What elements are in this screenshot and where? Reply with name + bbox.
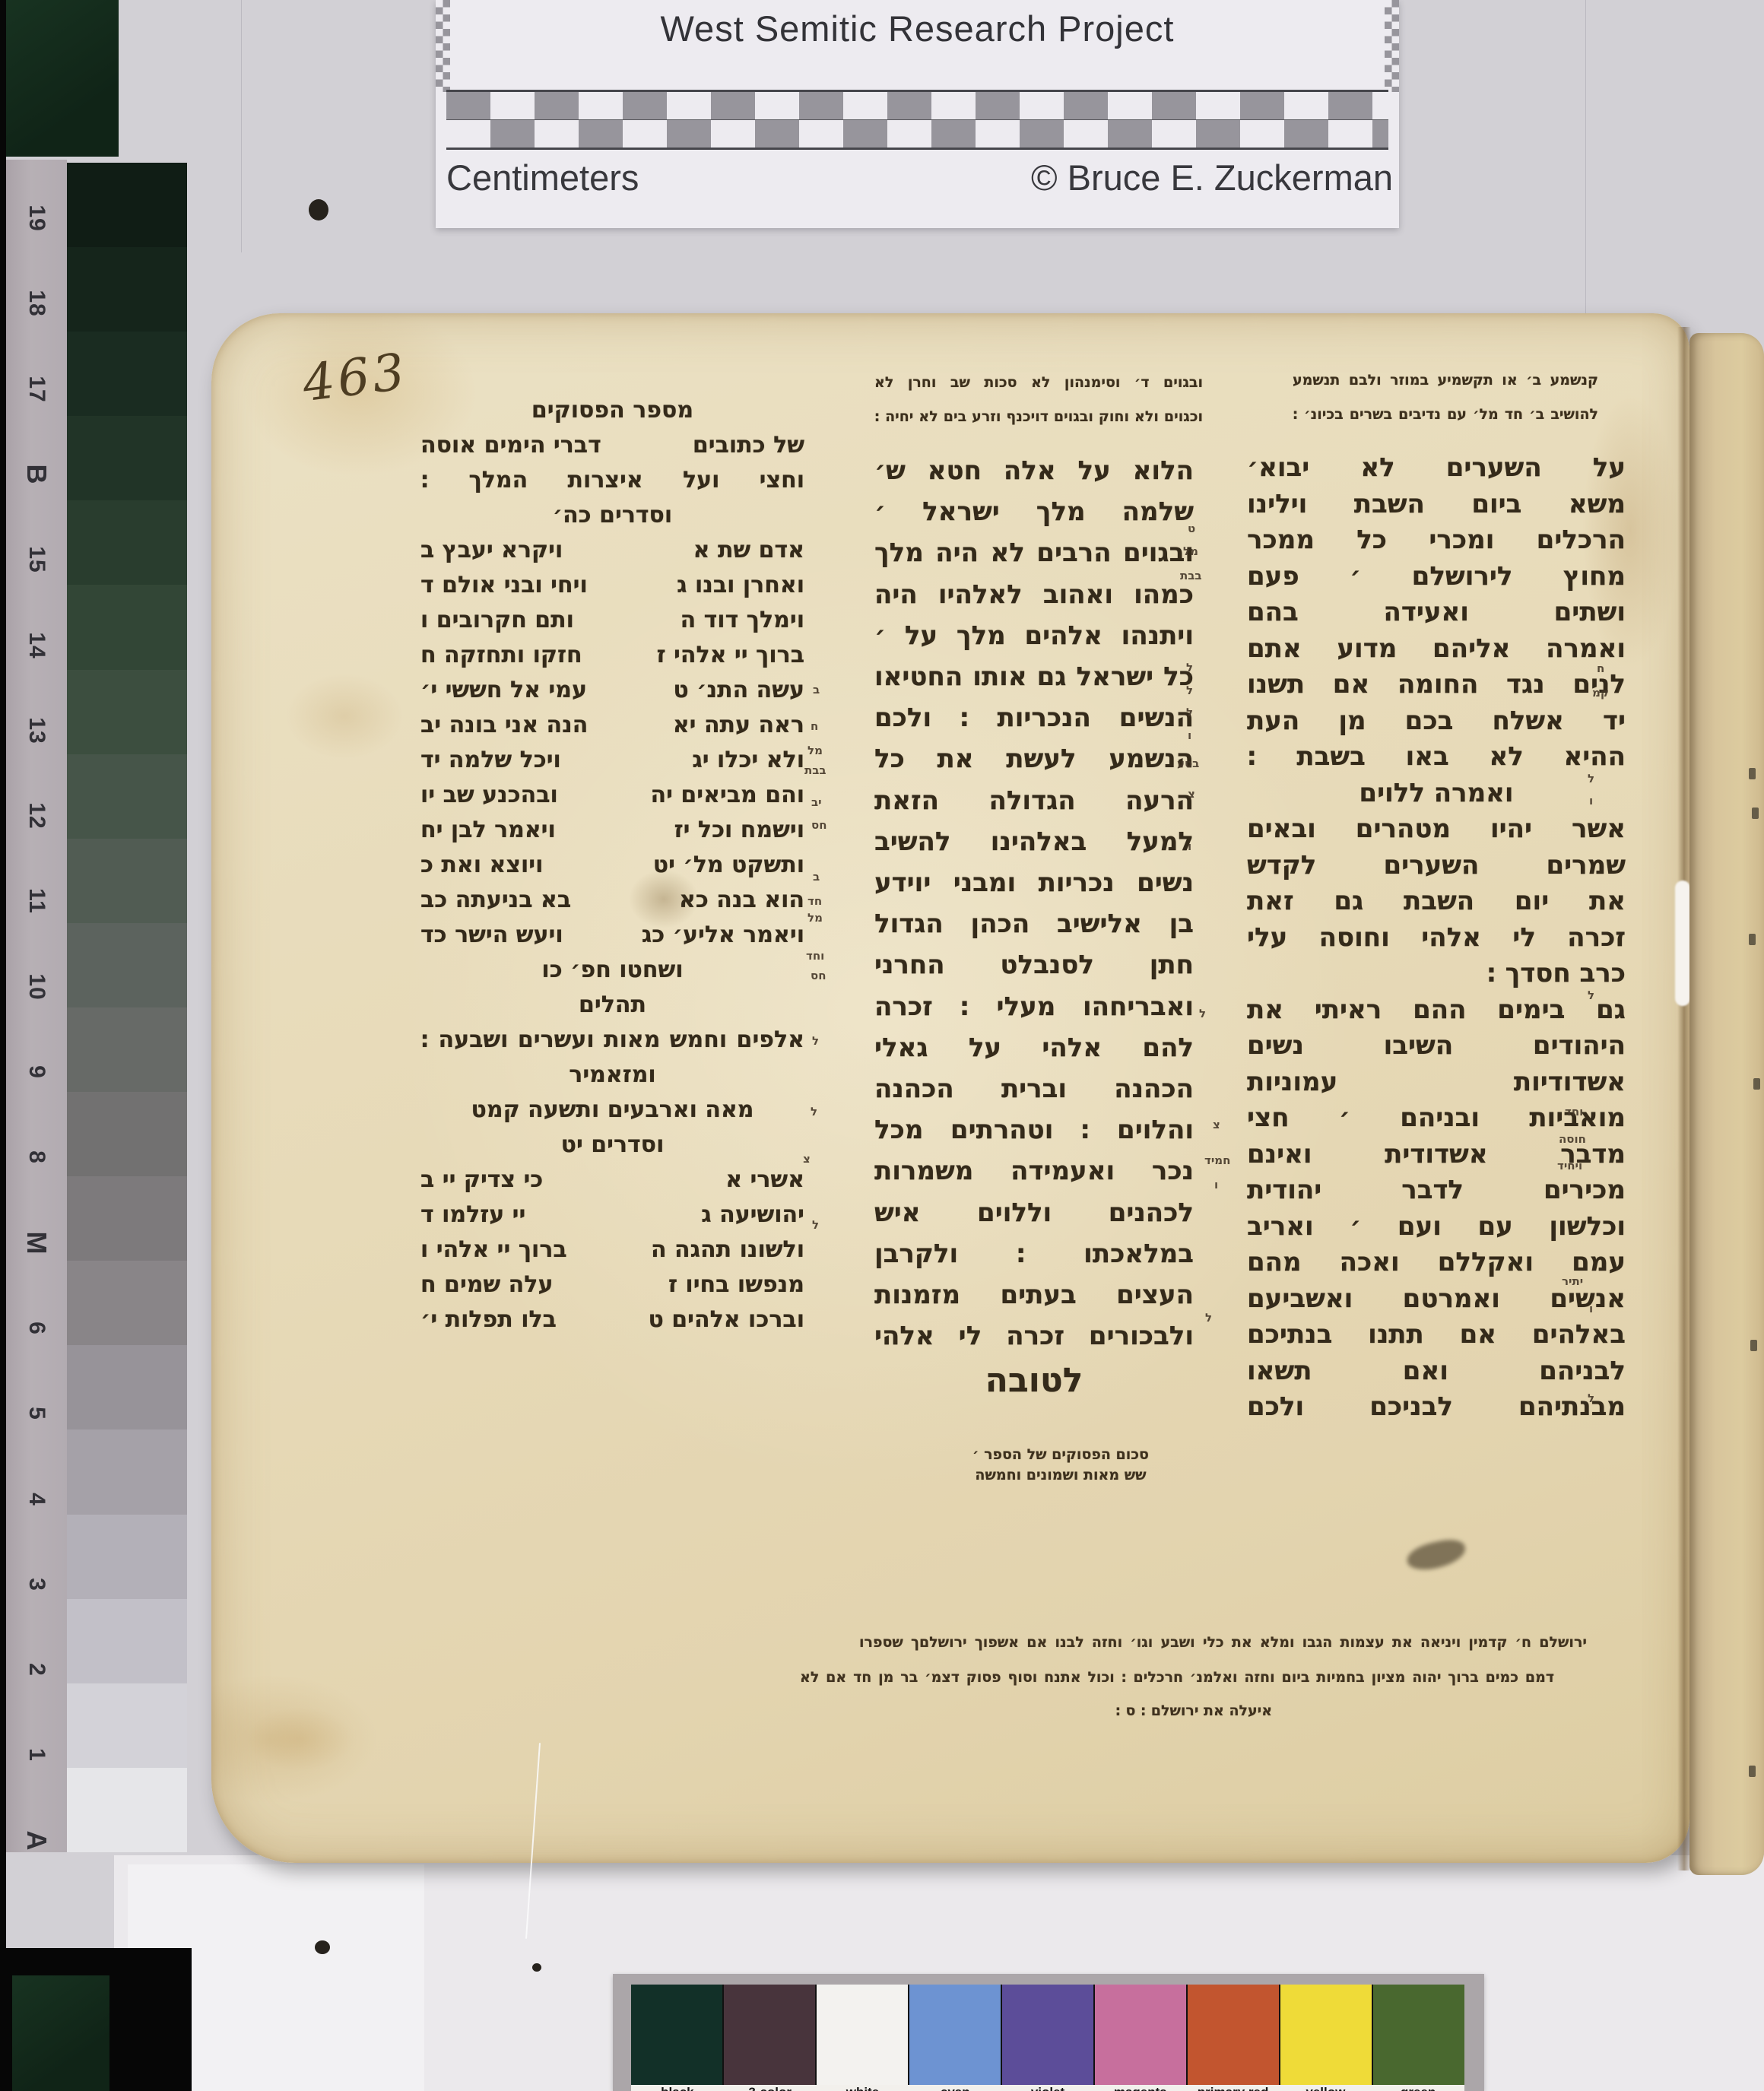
text-line: וברכו אלהים טבלו תפלות י׳ (420, 1303, 804, 1337)
backdrop-seam (1585, 0, 1586, 327)
ruler-label: 10 (24, 973, 49, 1000)
text-line-right: מנפשו בחיו ז (668, 1268, 804, 1303)
ruler-label: 14 (24, 632, 49, 658)
text-line-right: וישמח וכל יז (674, 813, 804, 848)
ruler-label: 19 (24, 205, 49, 231)
wedge-step (67, 1261, 187, 1345)
masorah-parva-note: ח (811, 719, 818, 733)
masorah-parva-note: ל (1186, 661, 1193, 674)
wedge-step (67, 332, 187, 416)
banner-captions: Centimeters © Bruce E. Zuckerman (446, 157, 1393, 198)
text-line: למעל באלהינו להשיב (874, 821, 1194, 862)
ruler-label: 8 (24, 1150, 49, 1164)
wedge-step (67, 163, 187, 247)
ruler-label: 4 (24, 1493, 49, 1506)
text-line: לכהנים וללוים איש (874, 1192, 1194, 1233)
text-line: וימלך דוד הותם חקרובים ו (420, 603, 804, 638)
wedge-step (67, 1599, 187, 1683)
text-line: ראה עתה יאהנה אני בונה יב (420, 708, 804, 743)
masorah-parva-note: וחד (1565, 1105, 1583, 1118)
wedge-step (67, 1683, 187, 1768)
project-banner: West Semitic Research Project Centimeter… (436, 0, 1399, 228)
text-line-left: ויכל שלמה יד (420, 743, 561, 778)
masorah-line: וכגוים ולא וחוק ובגוים דויכנף וזרע בים ל… (874, 400, 1203, 434)
text-line: והם מביאים יהובהכנע שב יו (420, 778, 804, 813)
masorah-parva-note: ט (1188, 522, 1195, 535)
masorah-parva-note: ב (813, 870, 820, 884)
text-line: בן אלישיב הכהן הגדול (874, 903, 1194, 944)
wedge-step (67, 839, 187, 923)
color-patch-label: cyan (909, 2085, 1001, 2091)
masorah-parva-note: צ (1188, 787, 1195, 801)
text-line: ולא יכלו יגויכל שלמה יד (420, 743, 804, 778)
color-patch-label: white (817, 2085, 909, 2091)
masorah-line: ובגוים ד׳ וסימנהון לא סכות שב וחרן לא (874, 366, 1203, 400)
color-patch-white (817, 1985, 908, 2085)
checker-row-top (446, 92, 1388, 120)
color-patch-black (631, 1985, 722, 2085)
ruler-label: 3 (24, 1578, 49, 1591)
photo-plate: 191817B15141312111098M654321A West Semit… (0, 0, 1764, 2091)
wedge-step (67, 1429, 187, 1514)
text-line: הכהנה וברית הכהנה (874, 1068, 1194, 1109)
text-line: מנפשו בחיו זעלה שמים ח (420, 1268, 804, 1303)
text-line: הנשים הנכריות ׃ ולכם (874, 697, 1194, 738)
ruler-label: 12 (24, 802, 49, 829)
text-line: היהודים השיבו נשים (1247, 1028, 1626, 1065)
text-line: להם אלהי על גאלי (874, 1027, 1194, 1068)
text-line-left: חזקו ותחזקה ח (420, 638, 582, 673)
speck (309, 199, 328, 221)
text-line-right: וברכו אלהים ט (648, 1303, 804, 1337)
ruler-label: 1 (24, 1749, 49, 1763)
masorah-parva-note: ל (1588, 772, 1594, 785)
text-line-left: יי עזלמו ד (420, 1198, 525, 1233)
text-line: וסדרים כה׳ (420, 498, 804, 533)
adjacent-leaf-ink-mark (1749, 768, 1756, 779)
wedge-step (67, 500, 187, 585)
color-patch-yellow (1280, 1985, 1372, 2085)
ruler-label: 6 (24, 1322, 49, 1335)
text-line: יהושיעה גיי עזלמו ד (420, 1198, 804, 1233)
color-patch-label: yellow (1279, 2085, 1372, 2091)
color-patch-green (1373, 1985, 1464, 2085)
text-line: אלפים וחמש מאות ועשרים ושבעה ׃ (420, 1023, 804, 1058)
text-line-left: הנה אני בונה יב (420, 708, 588, 743)
masorah-line: קנשמע ב׳ או תקשמיע במוזר ולבם תנשמע (1293, 363, 1598, 398)
text-line-left: בא בניעתה כב (420, 883, 571, 918)
grayscale-step-wedge (67, 163, 187, 1852)
text-line: לבניהם ואם תשאו (1247, 1353, 1626, 1390)
ruler-label: M (21, 1231, 52, 1255)
color-patch-labels: black3-colorwhitecyanvioletmagentaprimar… (631, 2085, 1464, 2091)
text-line-left: ותם חקרובים ו (420, 603, 574, 638)
wedge-step (67, 923, 187, 1007)
text-line: תהלים (420, 988, 804, 1023)
text-line-left: כי צדיק יי ב (420, 1163, 543, 1198)
text-line-left: ויחי ובני אולם ד (420, 568, 588, 603)
wedge-step (67, 585, 187, 669)
text-line-right: ברוך יי אלהי ז (657, 638, 804, 673)
masorah-parva-note: וחד (806, 949, 824, 963)
masorah-parva-note: חס (811, 818, 827, 832)
color-patch-cyan (909, 1985, 1001, 2085)
text-line: אשר יהיו מטהרים ובאים (1247, 811, 1626, 848)
checker-end-bar-left (436, 0, 450, 92)
text-line-right: אדם שת א (693, 533, 804, 568)
text-line: גם בימים ההם ראיתי את (1247, 992, 1626, 1029)
wedge-step (67, 670, 187, 754)
text-line-left: דברי הימים אוסה (420, 428, 601, 463)
text-line-right: וימלך דוד ה (681, 603, 804, 638)
text-line-left: ובהכנע שב יו (420, 778, 558, 813)
masorah-parva-note: מל (807, 744, 823, 757)
text-line: של כתוביםדברי הימים אוסה (420, 428, 804, 463)
text-line: הוא בנה כאבא בניעתה כב (420, 883, 804, 918)
text-line: לנים נגד החומה אם תשנו (1247, 667, 1626, 703)
text-line: מספר הפסוקים (420, 393, 804, 428)
text-line-right: והם מביאים יה (650, 778, 804, 813)
wedge-step (67, 1092, 187, 1176)
text-line-left: ויוצא ואת כ (420, 848, 543, 883)
banner-title: West Semitic Research Project (436, 8, 1399, 49)
masorah-parva-note: ל (1205, 1311, 1212, 1325)
text-line: את יום השבת גם זאת (1247, 884, 1626, 920)
color-patch-label: magenta (1094, 2085, 1187, 2091)
green-calibration-plate-top (6, 0, 119, 157)
text-line: שמרים השערים לקדש (1247, 848, 1626, 884)
green-calibration-plate-bottom (12, 1975, 109, 2091)
color-calibration-patches (631, 1985, 1464, 2085)
vertical-cm-ruler: 191817B15141312111098M654321A (6, 160, 67, 1852)
text-line: ובגוים הרבים לא היה מלך (874, 532, 1194, 573)
wedge-step (67, 754, 187, 839)
text-line-right: ותשקט מל׳ יט (653, 848, 804, 883)
masorah-magna-bottom-line3: איעלה את ירושלם ׃ ס ׃ (1106, 1702, 1281, 1720)
masorah-parva-note: ו (1188, 728, 1191, 742)
text-line: מבנתיהם לבניכם ולכם (1247, 1389, 1626, 1426)
text-line: ואמרה אליהם מדוע אתם (1247, 631, 1626, 668)
column-middle-ending-word: לטובה (874, 1361, 1194, 1400)
masorah-parva-note: ו (1188, 839, 1191, 853)
text-line: כל ישראל גם אותו החטיאו (874, 656, 1194, 697)
text-line: וסדרים יט (420, 1128, 804, 1163)
text-line-right: הוא בנה כא (679, 883, 804, 918)
masorah-parva-note: ח (1597, 662, 1604, 675)
text-line: מאה וארבעים ותשעה קמט (420, 1093, 804, 1128)
ruler-label: 11 (24, 889, 49, 915)
masorah-parva-note: צ (803, 1152, 811, 1166)
adjacent-leaf-ink-mark (1749, 934, 1756, 945)
backdrop-seam (241, 0, 242, 252)
wedge-step (67, 1007, 187, 1092)
text-line-right: אשרי א (725, 1163, 804, 1198)
color-patch-label: black (631, 2085, 724, 2091)
text-line: מחוץ לירושלם ׳ פעם (1247, 559, 1626, 595)
text-line-right: ולשונו תהגה ה (651, 1233, 804, 1268)
adjacent-leaf-edge (1689, 333, 1764, 1875)
masorah-parva-note: ל (811, 1105, 817, 1118)
wedge-step (67, 1515, 187, 1599)
text-line: הלוא על אלה חטא ש׳ (874, 450, 1194, 491)
ruler-label: 18 (24, 290, 49, 317)
masorah-parva-note: קמ (1592, 686, 1609, 700)
wedge-step (67, 1176, 187, 1261)
masorah-parva-note: ל (1588, 988, 1594, 1002)
text-line-left: ויקרא יעבץ ב (420, 533, 563, 568)
text-column-middle: הלוא על אלה חטא ש׳שלמה מלך ישראל ׳ובגוים… (874, 450, 1194, 1356)
masorah-parva-note: ו (1589, 794, 1593, 808)
ruler-label: 9 (24, 1065, 49, 1079)
color-patch-label: green (1372, 2085, 1464, 2091)
ruler-label: 13 (24, 717, 49, 744)
text-line: ולשונו תהגה הברוך יי אלהי ו (420, 1233, 804, 1268)
text-line: זכרה לי אלהי וחוסה עלי (1247, 920, 1626, 957)
masorah-line: להושיב ב׳ חד מל׳ עם נדיבים בשרים בכיונ׳ … (1293, 398, 1598, 432)
text-line-right: עשה התנ׳ ט (673, 673, 804, 708)
text-line: וחצי ועל איצרות המלך ׃ (420, 463, 804, 498)
masorah-magna-bottom-line1: ירושלם ח׳ קדמין ויניאה את עצמות הגבו ומל… (859, 1633, 1587, 1652)
ruler-label: B (21, 464, 52, 484)
adjacent-leaf-ink-mark (1750, 1340, 1757, 1351)
text-line: ויתנהו אלהים מלך על ׳ (874, 615, 1194, 656)
verse-note-line: סכום הפסוקים של הספר ׳ (935, 1445, 1186, 1465)
text-line: חתן לסנבלט החרני (874, 944, 1194, 985)
adjacent-leaf-ink-mark (1752, 808, 1759, 819)
checker-end-bar-right (1385, 0, 1399, 92)
masorah-parva-note: חמיד (1204, 1153, 1230, 1167)
text-line: ההיא לא באו בשבת ׃ (1247, 739, 1626, 776)
color-patch-3-color (724, 1985, 815, 2085)
masorah-parva-note: יב (811, 795, 822, 809)
text-line-left: ברוך יי אלהי ו (420, 1233, 567, 1268)
text-line: ולבכורים זכרה לי אלהי (874, 1315, 1194, 1356)
color-patch-label: violet (1001, 2085, 1094, 2091)
speck (532, 1963, 541, 1972)
text-line-right: ולא יכלו יג (692, 743, 804, 778)
ruler-label: 15 (24, 547, 49, 573)
text-line: וישמח וכל יזויאמר לבן יח (420, 813, 804, 848)
masorah-magna-top-right: קנשמע ב׳ או תקשמיע במוזר ולבם תנשמעלהושי… (1293, 363, 1598, 432)
copyright-notice: © Bruce E. Zuckerman (1031, 157, 1393, 198)
wedge-step (67, 1768, 187, 1852)
text-line: יד אשלח בכם מן העת (1247, 703, 1626, 740)
text-line: נכר ואעמידה משמרות (874, 1150, 1194, 1191)
text-line: שלמה מלך ישראל ׳ (874, 491, 1194, 532)
masorah-parva-note: חד (807, 894, 822, 908)
masorah-parva-note: חס (811, 969, 826, 982)
wedge-step (67, 247, 187, 332)
text-line-right: ראה עתה יא (673, 708, 804, 743)
masorah-parva-note: ל (812, 1034, 819, 1048)
text-line: כרב חסדך ׃ (1247, 956, 1626, 992)
checker-row-bottom (446, 120, 1388, 148)
masorah-magna-top-left: ובגוים ד׳ וסימנהון לא סכות שב וחרן לאוכג… (874, 366, 1203, 434)
masorah-parva-note: בבת (1180, 569, 1202, 582)
text-line: ויאמר אליע׳ כגויעש הישר כד (420, 918, 804, 953)
text-line: ברוך יי אלהי זחזקו ותחזקה ח (420, 638, 804, 673)
text-line-right: של כתובים (693, 428, 804, 463)
text-line-right: יהושיעה ג (701, 1198, 804, 1233)
binding-gap-highlight (1675, 881, 1690, 1006)
centimeter-checker-scale (446, 90, 1388, 150)
text-line-left: ויעש הישר כד (420, 918, 563, 953)
text-line: ושתים ואעידה בהם (1247, 595, 1626, 631)
masorah-parva-note: ל (1199, 1007, 1206, 1020)
masorah-parva-note: ל (1186, 684, 1193, 697)
verse-count-note: סכום הפסוקים של הספר ׳שש מאות ושמונים וח… (935, 1445, 1186, 1486)
text-line: הרכלים ומכרי כל ממכר (1247, 522, 1626, 559)
ruler-label: 2 (24, 1663, 49, 1677)
scale-units-label: Centimeters (446, 157, 639, 198)
text-line: מכירים לדבר יהודית (1247, 1172, 1626, 1209)
text-line: אדם שת אויקרא יעבץ ב (420, 533, 804, 568)
masorah-parva-note: ויחיד (1557, 1159, 1582, 1172)
masorah-magna-bottom-line2: דמם כמים ברוך יהוה מציון בחמיות ביום וחז… (800, 1668, 1554, 1686)
text-line: באלהים אם תתנו בנתיכם (1247, 1317, 1626, 1353)
masorah-parva-note: ל (812, 1218, 819, 1232)
masorah-parva-note: ל (1588, 1391, 1594, 1405)
text-line: ותשקט מל׳ יטויוצא ואת כ (420, 848, 804, 883)
verse-note-line: שש מאות ושמונים וחמשה (935, 1465, 1186, 1486)
text-line: במלאכתו ׃ ולקרבן (874, 1233, 1194, 1274)
wedge-step (67, 1345, 187, 1429)
ruler-label: A (21, 1830, 52, 1851)
text-line: וכלשון עם ועם ׳ ואריב (1247, 1209, 1626, 1245)
adjacent-leaf-ink-mark (1753, 1078, 1760, 1090)
color-patch-label: primary red (1187, 2085, 1280, 2091)
text-line-left: בלו תפלות י׳ (420, 1303, 557, 1337)
text-line: הרעה הגדולה הזאת (874, 780, 1194, 821)
masorah-parva-note: צ (1213, 1118, 1220, 1131)
color-patch-magenta (1095, 1985, 1186, 2085)
wedge-step (67, 416, 187, 500)
adjacent-leaf-ink-mark (1749, 1766, 1756, 1777)
ruler-label: 5 (24, 1407, 49, 1420)
text-line: אשדודיות עמוניות (1247, 1065, 1626, 1101)
text-line: כמהו ואהוב לאלהיו היה (874, 574, 1194, 615)
text-line: ואבריחהו מעלי ׃ זכרה (874, 986, 1194, 1027)
color-patch-label: 3-color (724, 2085, 817, 2091)
text-line: העצים בעתים מזמנות (874, 1274, 1194, 1315)
text-line-left: ויאמר לבן יח (420, 813, 556, 848)
masorah-parva-note: ו (1214, 1178, 1218, 1191)
text-line: ומזאמיר (420, 1058, 804, 1093)
masorah-parva-note: ב (813, 683, 820, 696)
text-line: ושחטו חפ׳ כו (420, 953, 804, 988)
masorah-parva-note: ל (1186, 706, 1193, 719)
text-line: ואמרה ללוים (1247, 776, 1626, 812)
masorah-parva-note: בבת (804, 763, 826, 777)
text-line: והלוים ׃ וטהרתים מכל (874, 1109, 1194, 1150)
text-line: הנשמע לעשת את כל (874, 738, 1194, 779)
text-line: נשים נכריות ומבני יוידע (874, 862, 1194, 903)
color-patch-primary-red (1188, 1985, 1279, 2085)
text-line: אשרי אכי צדיק יי ב (420, 1163, 804, 1198)
ruler-label: 17 (24, 376, 49, 402)
text-line: על השערים לא יבוא׳ (1247, 450, 1626, 487)
masoretic-summary-column: מספר הפסוקיםשל כתוביםדברי הימים אוסהוחצי… (420, 393, 804, 1337)
text-line: משא ביום השבת וילינו (1247, 487, 1626, 523)
masorah-parva-note: בטע (1177, 757, 1199, 770)
speck (315, 1940, 330, 1954)
text-line: ואחרן ובנו גויחי ובני אולם ד (420, 568, 804, 603)
color-patch-violet (1002, 1985, 1093, 2085)
text-line-right: ויאמר אליע׳ כג (642, 918, 804, 953)
masorah-parva-note: מל (807, 911, 823, 925)
masorah-parva-note: מל (1183, 544, 1198, 558)
masorah-parva-note: ו (1589, 1302, 1593, 1315)
text-line-left: עלה שמים ח (420, 1268, 553, 1303)
text-line: עשה התנ׳ טעמי אל חששי י׳ (420, 673, 804, 708)
masorah-parva-note: חוסה (1559, 1132, 1586, 1146)
masorah-parva-note: יתיר (1562, 1274, 1583, 1288)
text-line-left: עמי אל חששי י׳ (420, 673, 587, 708)
text-line-right: ואחרן ובנו ג (677, 568, 804, 603)
